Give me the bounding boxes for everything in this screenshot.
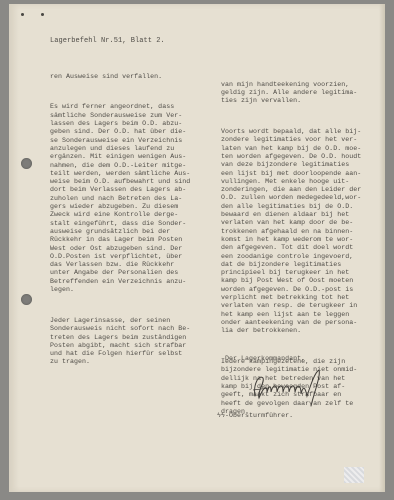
paragraph: ren Ausweise sind verfallen. [50, 73, 190, 81]
page-edge-shadow [379, 4, 385, 492]
paragraph: van mijn handteekening voorzien, geldig … [221, 81, 361, 106]
document-header: Lagerbefehl Nr.51, Blatt 2. [50, 37, 165, 45]
left-column-german: ren Ausweise sind verfallen. Es wird fer… [50, 56, 190, 389]
pin-mark-icon [21, 13, 24, 16]
pin-mark-icon [41, 13, 44, 16]
archive-stamp [344, 467, 364, 483]
paragraph: Voorts wordt bepaald, dat alle bij- zond… [221, 128, 361, 335]
rank-title: ϟϟ-Obersturmführer. [217, 412, 293, 420]
signature-icon [249, 366, 329, 410]
closing-line: Der Lagerkommandant, [225, 355, 305, 363]
document-page: Lagerbefehl Nr.51, Blatt 2. ren Ausweise… [9, 4, 385, 492]
paragraph: Es wird ferner angeordnet, dass sämtlich… [50, 103, 190, 294]
paragraph: Jeder Lagerinsasse, der seinen Sonderaus… [50, 317, 190, 367]
punch-hole-icon [21, 158, 32, 169]
punch-hole-icon [21, 294, 32, 305]
